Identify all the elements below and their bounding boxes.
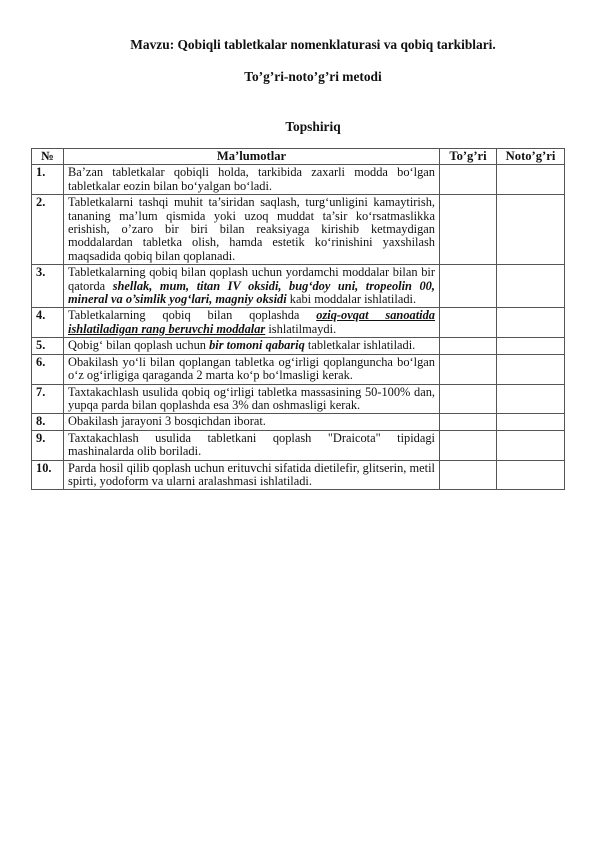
table-row: 4.Tabletkalarning qobiq bilan qoplashda … [32, 308, 565, 338]
correct-answer-cell[interactable] [440, 165, 497, 195]
topic-title: Mavzu: Qobiqli tabletkalar nomenklaturas… [15, 37, 596, 53]
table-row: 6.Obakilash yo‘li bilan qoplangan tablet… [32, 354, 565, 384]
column-header-incorrect: Noto’g’ri [497, 149, 565, 165]
task-heading: Topshiriq [15, 119, 596, 135]
text-segment: Qobig‘ bilan qoplash uchun [68, 338, 209, 352]
table-row: 1.Ba’zan tabletkalar qobiqli holda, tark… [32, 165, 565, 195]
text-segment: Taxtakachlash usulida tabletkani qoplash… [68, 431, 435, 458]
text-segment: ishlatilmaydi. [265, 322, 336, 336]
incorrect-answer-cell[interactable] [497, 308, 565, 338]
statement-text: Ba’zan tabletkalar qobiqli holda, tarkib… [64, 165, 440, 195]
table-row: 9.Taxtakachlash usulida tabletkani qopla… [32, 430, 565, 460]
correct-answer-cell[interactable] [440, 460, 497, 490]
statement-text: Taxtakachlash usulida qobiq og‘irligi ta… [64, 384, 440, 414]
statement-text: Tabletkalarni tashqi muhit ta’siridan sa… [64, 195, 440, 265]
statement-text: Obakilash jarayoni 3 bosqichdan iborat. [64, 414, 440, 430]
text-segment: kabi moddalar ishlatiladi. [287, 292, 416, 306]
correct-answer-cell[interactable] [440, 308, 497, 338]
method-title: To’g’ri-noto’g’ri metodi [15, 69, 596, 85]
incorrect-answer-cell[interactable] [497, 265, 565, 308]
statement-text: Qobig‘ bilan qoplash uchun bir tomoni qa… [64, 338, 440, 354]
correct-answer-cell[interactable] [440, 195, 497, 265]
correct-answer-cell[interactable] [440, 414, 497, 430]
row-number: 2. [32, 195, 64, 265]
incorrect-answer-cell[interactable] [497, 165, 565, 195]
true-false-table: № Ma’lumotlar To’g’ri Noto’g’ri 1.Ba’zan… [31, 148, 565, 490]
text-segment: tabletkalar ishlatiladi. [305, 338, 415, 352]
correct-answer-cell[interactable] [440, 430, 497, 460]
row-number: 7. [32, 384, 64, 414]
table-row: 2.Tabletkalarni tashqi muhit ta’siridan … [32, 195, 565, 265]
row-number: 5. [32, 338, 64, 354]
emphasized-text: bir tomoni qabariq [209, 338, 305, 352]
row-number: 4. [32, 308, 64, 338]
text-segment: Tabletkalarning qobiq bilan qoplashda [68, 308, 316, 322]
text-segment: Obakilash yo‘li bilan qoplangan tabletka… [68, 355, 435, 382]
correct-answer-cell[interactable] [440, 265, 497, 308]
table-row: 3.Tabletkalarning qobiq bilan qoplash uc… [32, 265, 565, 308]
incorrect-answer-cell[interactable] [497, 384, 565, 414]
row-number: 1. [32, 165, 64, 195]
table-row: 7.Taxtakachlash usulida qobiq og‘irligi … [32, 384, 565, 414]
incorrect-answer-cell[interactable] [497, 460, 565, 490]
column-header-correct: To’g’ri [440, 149, 497, 165]
text-segment: Ba’zan tabletkalar qobiqli holda, tarkib… [68, 165, 435, 192]
text-segment: Taxtakachlash usulida qobiq og‘irligi ta… [68, 385, 435, 412]
statement-text: Tabletkalarning qobiq bilan qoplashda oz… [64, 308, 440, 338]
row-number: 3. [32, 265, 64, 308]
incorrect-answer-cell[interactable] [497, 414, 565, 430]
column-header-number: № [32, 149, 64, 165]
correct-answer-cell[interactable] [440, 354, 497, 384]
incorrect-answer-cell[interactable] [497, 354, 565, 384]
text-segment: Parda hosil qilib qoplash uchun erituvch… [68, 461, 435, 488]
row-number: 9. [32, 430, 64, 460]
correct-answer-cell[interactable] [440, 338, 497, 354]
row-number: 6. [32, 354, 64, 384]
table-header-row: № Ma’lumotlar To’g’ri Noto’g’ri [32, 149, 565, 165]
statement-text: Parda hosil qilib qoplash uchun erituvch… [64, 460, 440, 490]
row-number: 10. [32, 460, 64, 490]
correct-answer-cell[interactable] [440, 384, 497, 414]
text-segment: Tabletkalarni tashqi muhit ta’siridan sa… [68, 195, 435, 263]
statement-text: Obakilash yo‘li bilan qoplangan tabletka… [64, 354, 440, 384]
table-row: 8.Obakilash jarayoni 3 bosqichdan iborat… [32, 414, 565, 430]
incorrect-answer-cell[interactable] [497, 430, 565, 460]
text-segment: Obakilash jarayoni 3 bosqichdan iborat. [68, 414, 266, 428]
table-row: 5.Qobig‘ bilan qoplash uchun bir tomoni … [32, 338, 565, 354]
column-header-information: Ma’lumotlar [64, 149, 440, 165]
row-number: 8. [32, 414, 64, 430]
statement-text: Taxtakachlash usulida tabletkani qoplash… [64, 430, 440, 460]
incorrect-answer-cell[interactable] [497, 338, 565, 354]
incorrect-answer-cell[interactable] [497, 195, 565, 265]
table-row: 10.Parda hosil qilib qoplash uchun eritu… [32, 460, 565, 490]
statement-text: Tabletkalarning qobiq bilan qoplash uchu… [64, 265, 440, 308]
